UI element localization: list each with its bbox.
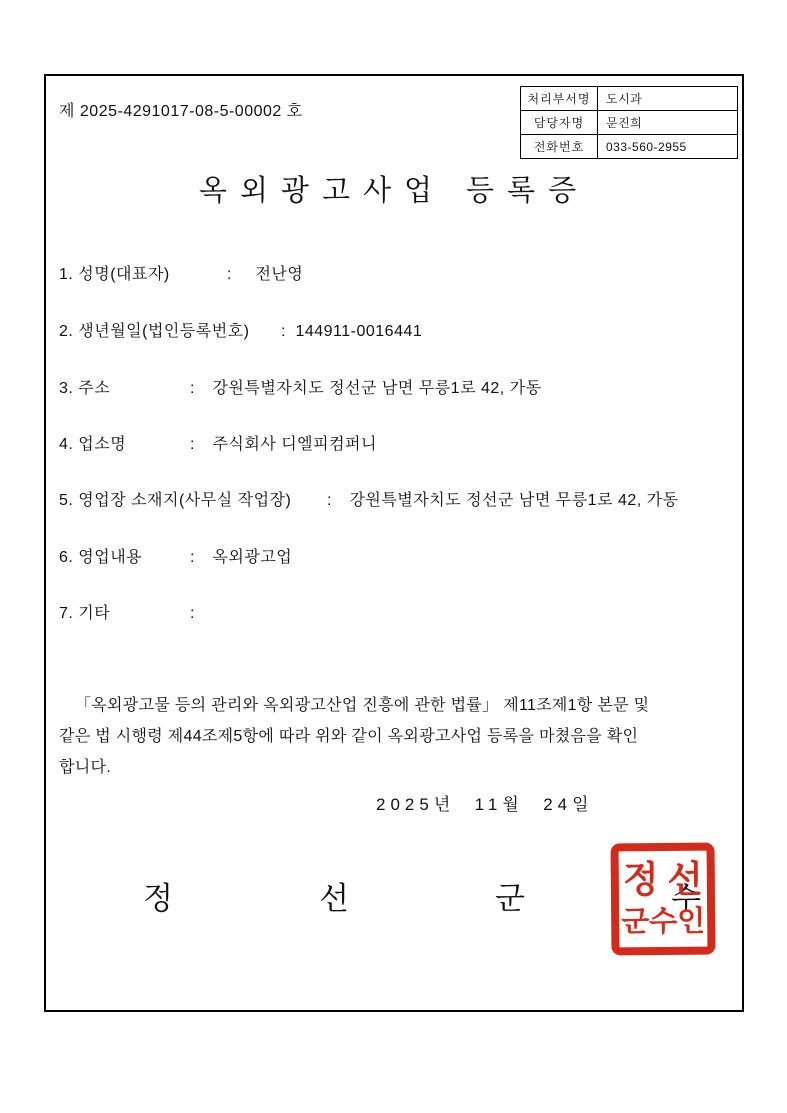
field-business-type-value: 옥외광고업: [212, 544, 292, 567]
seal-text-top: 정선: [619, 861, 707, 899]
field-name-colon: :: [227, 266, 231, 284]
field-business-type-colon: :: [190, 549, 194, 567]
field-business-location-label: 5. 영업장 소재지(사무실 작업장): [59, 487, 327, 510]
field-birthdate-label: 2. 생년월일(법인등록번호): [59, 318, 281, 341]
field-business-location: 5. 영업장 소재지(사무실 작업장):강원특별자치도 정선군 남면 무릉1로 …: [59, 487, 679, 510]
issuer-char-3: 군: [495, 873, 525, 918]
document-canvas: 제 2025-4291017-08-5-00002 호 처리부서명 도시과 담당…: [0, 0, 787, 1113]
field-birthdate: 2. 생년월일(법인등록번호):144911-0016441: [59, 318, 422, 341]
field-etc: 7. 기타:: [59, 600, 212, 623]
confirmation-text-line2: 같은 법 시행령 제44조제5항에 따라 위와 같이 옥외광고사업 등록을 마쳤…: [59, 721, 727, 752]
field-address-colon: :: [190, 380, 194, 398]
phone-value: 033-560-2955: [598, 135, 738, 159]
issue-date: 2025년 11월 24일: [376, 790, 594, 815]
official-seal: 정선 군수인: [611, 843, 716, 956]
field-address-value: 강원특별자치도 정선군 남면 무릉1로 42, 가동: [212, 375, 541, 398]
seal-text-top-chars: 정선: [623, 861, 703, 899]
certificate-page: 제 2025-4291017-08-5-00002 호 처리부서명 도시과 담당…: [44, 74, 744, 1012]
processing-info-table: 처리부서명 도시과 담당자명 문진희 전화번호 033-560-2955: [520, 86, 738, 159]
field-business-name-label: 4. 업소명: [59, 431, 190, 454]
field-name: 1. 성명(대표자):전난영: [59, 261, 303, 284]
department-label: 처리부서명: [521, 87, 598, 111]
table-row-phone: 전화번호 033-560-2955: [521, 135, 738, 159]
issuer-char-2: 선: [319, 873, 349, 918]
confirmation-text: 「옥외광고물 등의 관리와 옥외광고산업 진흥에 관한 법률」 제11조제1항 …: [59, 690, 727, 783]
department-value: 도시과: [598, 87, 738, 111]
phone-label: 전화번호: [521, 135, 598, 159]
seal-text-bottom: 군수인: [619, 908, 707, 938]
field-etc-colon: :: [190, 605, 194, 623]
confirmation-text-line1: 「옥외광고물 등의 관리와 옥외광고산업 진흥에 관한 법률」 제11조제1항 …: [59, 690, 727, 721]
field-birthdate-value: 144911-0016441: [295, 323, 422, 341]
field-birthdate-colon: :: [281, 323, 285, 341]
issuer-char-1: 정: [143, 873, 173, 918]
field-business-type: 6. 영업내용:옥외광고업: [59, 544, 292, 567]
table-row-officer: 담당자명 문진희: [521, 111, 738, 135]
field-address-label: 3. 주소: [59, 375, 190, 398]
table-row-department: 처리부서명 도시과: [521, 87, 738, 111]
field-etc-label: 7. 기타: [59, 600, 190, 623]
officer-value: 문진희: [598, 111, 738, 135]
field-business-location-colon: :: [327, 492, 331, 510]
field-business-type-label: 6. 영업내용: [59, 544, 190, 567]
confirmation-text-line3: 합니다.: [59, 752, 727, 783]
field-name-value: 전난영: [255, 261, 303, 284]
field-name-label: 1. 성명(대표자): [59, 261, 227, 284]
field-business-location-value: 강원특별자치도 정선군 남면 무릉1로 42, 가동: [349, 487, 678, 510]
field-business-name-value: 주식회사 디엘피컴퍼니: [212, 431, 377, 454]
field-address: 3. 주소:강원특별자치도 정선군 남면 무릉1로 42, 가동: [59, 375, 542, 398]
field-business-name: 4. 업소명:주식회사 디엘피컴퍼니: [59, 431, 377, 454]
document-number: 제 2025-4291017-08-5-00002 호: [59, 98, 303, 121]
field-business-name-colon: :: [190, 436, 194, 454]
seal-text-bottom-chars: 군수인: [621, 908, 705, 938]
officer-label: 담당자명: [521, 111, 598, 135]
page-title: 옥외광고사업 등록증: [46, 168, 742, 209]
